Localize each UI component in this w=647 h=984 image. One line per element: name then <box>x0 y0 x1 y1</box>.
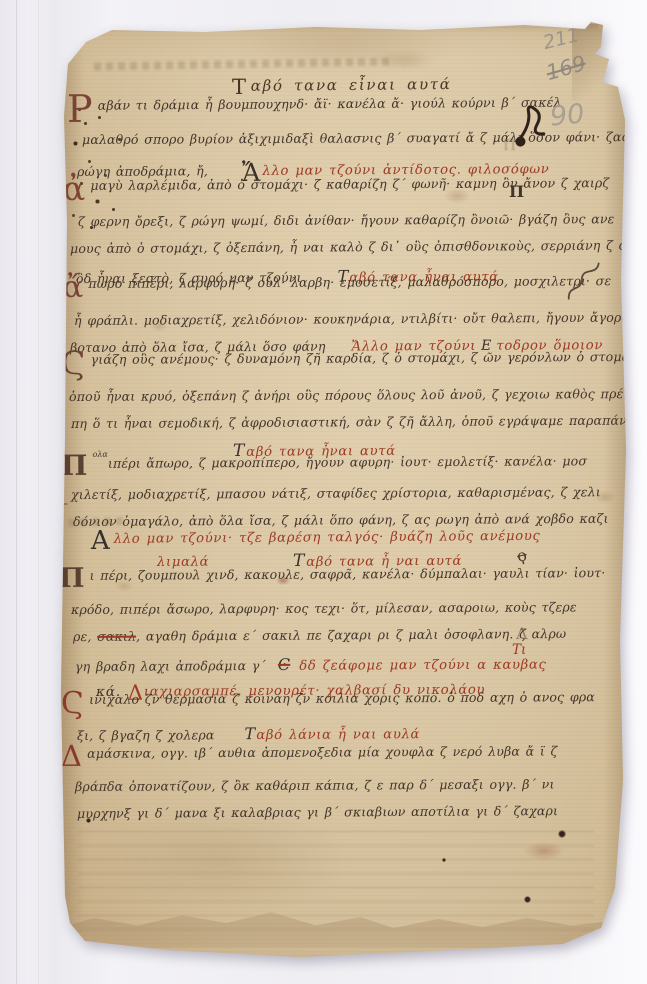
line-text: ζ φερνη ὄρεξι, ζ ρώγη ψωμί, διδι ἀνίθαν·… <box>78 211 615 229</box>
manuscript-page: Ταβό τανα εἶναι αυτά Ραβάν τι δράμια ἦ β… <box>54 20 638 968</box>
line-text: αμάσκινα, ογγ. ιβ΄ αυθια ἀπομενοξεδια μί… <box>87 743 558 760</box>
text-line: πη ὅ τι ἦναι σεμοδική, ζ ἀφροδισιαστική,… <box>71 413 637 432</box>
page-edge-shadow <box>74 20 598 32</box>
margin-ti-mark: Τι <box>512 642 526 658</box>
struck-word: σακιλ <box>97 629 136 644</box>
paper-sheet: Ταβό τανα εἶναι αυτά Ραβάν τι δράμια ἦ β… <box>54 20 638 968</box>
line-text: ινιχαλο ζν θερμασια ζ κοινάη ζν κοιλια χ… <box>89 689 595 707</box>
text-line: χιλετίξ, μοδιαχρετίξ, μπασου νάτιξ, σταφ… <box>71 484 601 502</box>
bleed-through <box>78 826 594 942</box>
drop-cap: Ρ <box>67 94 93 125</box>
gloss-text: ολα <box>92 450 107 459</box>
bleed-through <box>94 57 394 70</box>
line-text: μαγὺ λαρλέμιδα, ἀπὸ ὁ στομάχι· ζ καθαρίζ… <box>90 175 609 193</box>
scan-crease <box>38 0 39 984</box>
folio-number: 90 <box>548 98 585 132</box>
scan-crease <box>16 0 17 984</box>
text-line: Ϛγιάζη οὓς ανέμους· ζ δυναμόνη ζῆ καρδία… <box>61 348 647 377</box>
text-line: ὁποῦ ἦναι κρυό, ὀξεπάνη ζ ἀνήρι οὓς πόρο… <box>69 386 628 404</box>
line-text: πη ὅ τι ἦναι σεμοδική, ζ ἀφροδισιαστική,… <box>71 413 637 431</box>
text-line: ἦ φράπλι. μοδιαχρετίξ, χελιδόνιον· κουκη… <box>74 310 629 329</box>
line-text: ὁποῦ ἦναι κρυό, ὀξεπάνη ζ ἀνήρι οὓς πόρο… <box>69 386 628 404</box>
line-text: ἦ φράπλι. μοδιαχρετίξ, χελιδόνιον· κουκη… <box>74 310 629 328</box>
margin-faint-mark: Λ <box>516 624 528 643</box>
text-line: μους ἀπὸ ὁ στομάχι, ζ ὀξεπάνη, ἦ ναι καλ… <box>70 237 647 256</box>
drop-cap: Δ <box>61 745 82 768</box>
drop-cap: Α <box>91 526 111 556</box>
line-text: γη βραδη λαχι ἀποδράμια γ΄ <box>75 658 266 674</box>
margin-cross-icon: + <box>58 497 69 512</box>
text-line: βράπδα ὁπονατίζουν, ζ ὂκ καθάριπ κάπια, … <box>75 776 555 794</box>
line-text: ι πέρι, ζουμπουλ χινδ, κακουλε, σαφρᾶ, κ… <box>90 565 606 583</box>
text-line: Ϛινιχαλο ζν θερμασια ζ κοινάη ζν κοιλια … <box>61 689 595 716</box>
line-text: μυρχηνξ γι δ΄ μανα ξι καλαβριας γι β΄ σκ… <box>77 803 558 821</box>
line-text: ξι, ζ βγαζη ζ χολερα <box>77 727 215 743</box>
drop-cap: Π <box>61 455 88 478</box>
text-line: μυρχηνξ γι δ΄ μανα ξι καλαβριας γι β΄ σκ… <box>77 803 558 821</box>
line-text: γιάζη οὓς ανέμους· ζ δυναμόνη ζῆ καρδία,… <box>91 349 647 367</box>
line-text: κρόδο, πιπέρι ἄσωρο, λαρφυρη· κος τεχι· … <box>71 599 577 617</box>
rubric-text: αβό λάνια ἦ ναι αυλά <box>256 727 420 743</box>
margin-cross-icon: + <box>58 178 69 193</box>
struck-mark: Ͼ <box>278 655 290 674</box>
drop-cap: Ϛ <box>61 351 86 377</box>
rubric-initial: Τ <box>244 724 255 743</box>
text-line: ξι, ζ βγαζη ζ χολεραΤαβό λάνια ἦ ναι αυλ… <box>77 723 420 745</box>
line-text: χιλετίξ, μοδιαχρετίξ, μπασου νάτιξ, σταφ… <box>71 484 601 502</box>
text-line: Δαμάσκινα, ογγ. ιβ΄ αυθια ἀπομενοξεδια μ… <box>61 742 558 768</box>
line-text: μους ἀπὸ ὁ στομάχι, ζ ὀξεπάνη, ἦ ναι καλ… <box>70 237 647 256</box>
text-line: ρε, σακιλ, αγαθη δράμια ε΄ σακιλ πε ζαχα… <box>73 626 566 644</box>
text-line: Ραβάν τι δράμια ἦ βουμπουχηνδ· ἄϊ· κανέλ… <box>67 91 562 125</box>
line-text: αβάν τι δράμια ἦ βουμπουχηνδ· ἄϊ· κανέλα… <box>98 95 562 113</box>
text-line: Πι πέρι, ζουμπουλ χινδ, κακουλε, σαφρᾶ, … <box>59 565 605 589</box>
line-text: ιπέρι ἄπωρο, ζ μακροπίπερο, ἤγουν αφυρη·… <box>108 453 587 471</box>
text-line: γη βραδη λαχι ἀποδράμια γ΄Ͼδδ ζεάφομε μα… <box>75 654 547 676</box>
drop-cap: ἄ <box>63 276 84 300</box>
rubric-text: λλο μαν τζούνι· τζε βαρέση ταλγός· βυάζη… <box>114 529 541 547</box>
line-text: βράπδα ὁπονατίζουν, ζ ὂκ καθάριπ κάπια, … <box>75 776 555 794</box>
text-line: κρόδο, πιπέρι ἄσωρο, λαρφυρη· κος τεχι· … <box>71 599 577 617</box>
text-line: ζ φερνη ὄρεξι, ζ ρώγη ψωμί, διδι ἀνίθαν·… <box>78 211 615 229</box>
line-text: πωρο πιπέρι, λαρφυρή· ζ οὐλ· λαρβη· εμοσ… <box>88 273 611 291</box>
line-text: , αγαθη δράμια ε΄ σακιλ πε ζαχαρι ρι ζ μ… <box>136 626 566 644</box>
line-text: ρε, <box>73 629 97 644</box>
drop-cap: Π <box>59 568 85 590</box>
drop-cap: Ϛ <box>61 692 84 716</box>
margin-pi-mark: Π <box>509 182 524 201</box>
text-line: Πολαιπέρι ἄπωρο, ζ μακροπίπερο, ἤγουν αφ… <box>61 447 587 477</box>
rubric-text: δδ ζεάφομε μαν τζούνι α καυβας <box>299 658 546 674</box>
ink-blot <box>511 96 554 153</box>
text-line: ἀμαγὺ λαρλέμιδα, ἀπὸ ὁ στομάχι· ζ καθαρί… <box>63 173 610 202</box>
text-line: ἄπωρο πιπέρι, λαρφυρή· ζ οὐλ· λαρβη· εμο… <box>63 273 611 300</box>
